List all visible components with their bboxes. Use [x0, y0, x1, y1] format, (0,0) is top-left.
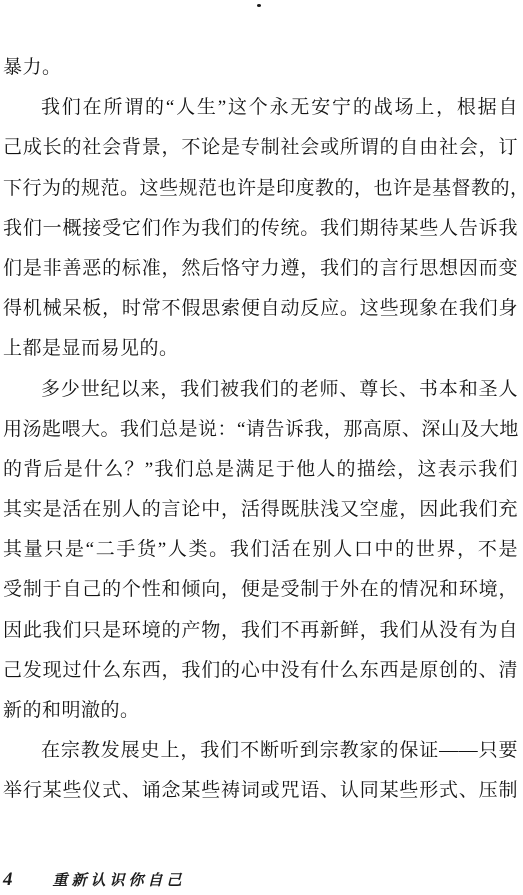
text-line: 在宗教发展史上，我们不断听到宗教家的保证——只要: [3, 731, 518, 771]
text-line: 们是非善恶的标准，然后恪守力遵，我们的言行思想因而变: [3, 249, 518, 289]
text-line: 多少世纪以来，我们被我们的老师、尊长、书本和圣人: [3, 370, 518, 410]
text-line: 举行某些仪式、诵念某些祷词或咒语、认同某些形式、压制: [3, 771, 518, 811]
scan-speck: [257, 4, 261, 7]
book-page: 暴力。 我们在所谓的“人生”这个永无安宁的战场上，根据自 己成长的社会背景，不论…: [0, 0, 523, 895]
text-line: 我们一概接受它们作为我们的传统。我们期待某些人告诉我: [3, 209, 518, 249]
page-footer: 4 重新认识你自己: [3, 868, 403, 893]
text-line: 新的和明澈的。: [3, 691, 518, 731]
text-line: 己成长的社会背景，不论是专制社会或所谓的自由社会，订: [3, 128, 518, 168]
text-line: 受制于自己的个性和倾向，便是受制于外在的情况和环境，: [3, 570, 518, 610]
text-line: 暴力。: [3, 48, 518, 88]
body-text: 暴力。 我们在所谓的“人生”这个永无安宁的战场上，根据自 己成长的社会背景，不论…: [3, 48, 518, 812]
text-line: 己发现过什么东西，我们的心中没有什么东西是原创的、清: [3, 651, 518, 691]
text-line: 因此我们只是环境的产物，我们不再新鲜，我们从没有为自: [3, 611, 518, 651]
text-line: 下行为的规范。这些规范也许是印度教的，也许是基督教的，: [3, 169, 518, 209]
text-line: 的背后是什么？”我们总是满足于他人的描绘，这表示我们: [3, 450, 518, 490]
text-line: 其实是活在别人的言论中，活得既肤浅又空虚，因此我们充: [3, 490, 518, 530]
page-number: 4: [3, 868, 13, 892]
text-line: 上都是显而易见的。: [3, 329, 518, 369]
text-line: 用汤匙喂大。我们总是说：“请告诉我，那高原、深山及大地: [3, 410, 518, 450]
text-line: 得机械呆板，时常不假思索便自动反应。这些现象在我们身: [3, 289, 518, 329]
running-title: 重新认识你自己: [53, 869, 186, 893]
text-line: 其量只是“二手货”人类。我们活在别人口中的世界，不是: [3, 530, 518, 570]
text-line: 我们在所谓的“人生”这个永无安宁的战场上，根据自: [3, 88, 518, 128]
